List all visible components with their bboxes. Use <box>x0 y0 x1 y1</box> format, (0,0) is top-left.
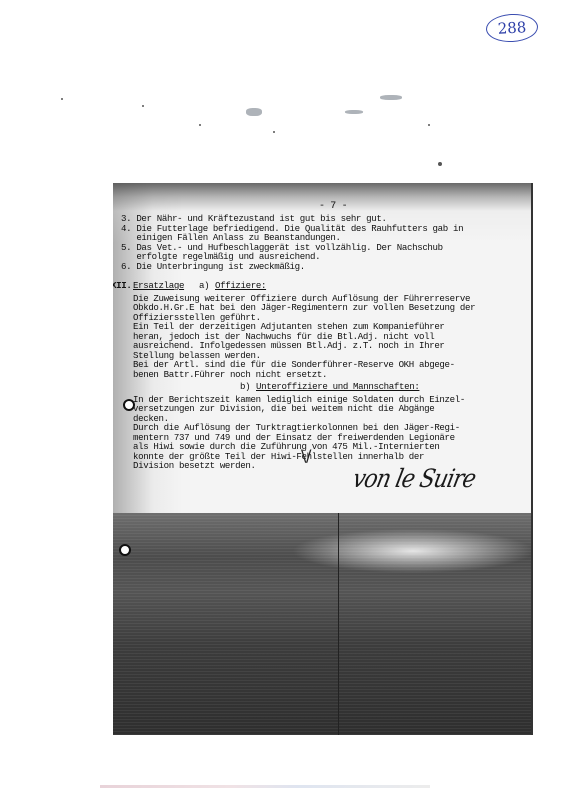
check-mark: \/ <box>301 451 311 460</box>
speck <box>438 162 442 166</box>
scanned-document: - 7 - 3. Der Nähr- und Kräftezustand ist… <box>113 183 533 735</box>
para-line: benen Battr.Führer noch nicht ersetzt. <box>133 370 327 379</box>
punch-hole <box>119 544 131 556</box>
item-5-cont: erfolgte regelmäßig und ausreichend. <box>121 252 320 261</box>
para-line: Ein Teil der derzeitigen Adjutanten steh… <box>133 322 445 331</box>
speck <box>428 124 430 126</box>
subsection-a-label: a) <box>199 281 209 290</box>
dark-scan-area <box>113 513 531 735</box>
speck <box>273 131 275 133</box>
ink-blot <box>246 108 262 116</box>
punch-hole <box>123 399 135 411</box>
para-line: Division besetzt werden. <box>133 461 256 470</box>
speck <box>199 124 201 126</box>
subsection-b-title: Unteroffiziere und Mannschaften: <box>256 382 419 391</box>
para-line: Durch die Auflösung der Turktragtierkolo… <box>133 423 460 432</box>
speck <box>142 105 144 107</box>
para-line: als Hiwi sowie durch die Zuführung von 4… <box>133 442 439 451</box>
para-line: versetzungen zur Division, die bei weite… <box>133 404 434 413</box>
ink-blot <box>380 95 402 100</box>
subsection-a-title: Offiziere: <box>215 281 266 290</box>
section-title: Ersatzlage <box>133 281 184 290</box>
section-number: XII. <box>113 281 131 290</box>
scan-edge-strip <box>100 785 430 788</box>
document-text: - 7 - 3. Der Nähr- und Kräftezustand ist… <box>113 183 531 513</box>
para-line: Obkdo.H.Gr.E hat bei den Jäger-Regimente… <box>133 303 475 312</box>
page-number: - 7 - <box>319 202 347 211</box>
subsection-b-label: b) <box>240 382 250 391</box>
item-4-cont: einigen Fällen Anlass zu Beanstandungen. <box>121 233 341 242</box>
item-6: 6. Die Unterbringung ist zweckmäßig. <box>121 262 305 271</box>
ink-blot <box>345 110 363 114</box>
fold-line <box>338 513 339 735</box>
archive-page-stamp: 288 <box>485 13 538 44</box>
para-line: ausreichend. Infolgedessen müssen Btl.Ad… <box>133 341 445 350</box>
signature: von le Suire <box>352 474 476 485</box>
para-line: Bei der Artl. sind die für die Sonderfüh… <box>133 360 455 369</box>
speck <box>61 98 63 100</box>
item-3: 3. Der Nähr- und Kräftezustand ist gut b… <box>121 214 387 223</box>
